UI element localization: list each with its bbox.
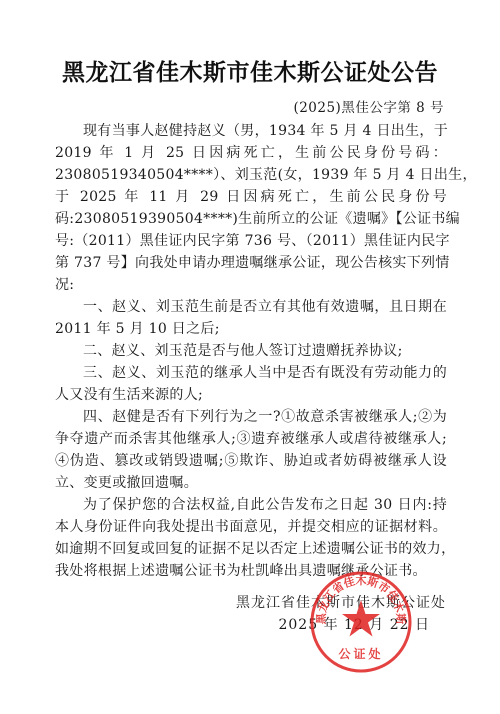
body-line: 立、变更或撤回遗嘱。 — [55, 472, 447, 494]
body-line: 2011 年 5 月 10 日之后; — [55, 318, 447, 340]
body-line: 争夺遗产而杀害其他继承人;③遗弃被继承人或虐待被继承人; — [55, 428, 447, 450]
body-line: 号:（2011）黑佳证内民字第 736 号、（2011）黑佳证内民字 — [55, 230, 447, 252]
body-line: 于 2025 年 11 月 29 日因病死亡，生前公民身份号 — [55, 186, 447, 208]
body-line: 四、赵健是否有下列行为之一?①故意杀害被继承人;②为 — [55, 406, 447, 428]
body-line: 人又没有生活来源的人; — [55, 384, 447, 406]
body-line: 如逾期不回复或回复的证据不足以否定上述遗嘱公证书的效力， — [55, 538, 447, 560]
body-line: 现有当事人赵健持赵义（男，1934 年 5 月 4 日出生，于 — [55, 120, 447, 142]
body-line: 况: — [55, 274, 447, 296]
issue-date: 2025 年 12 月 22 日 — [278, 614, 430, 634]
body-line: 23080519340504****）、刘玉范(女，1939 年 5 月 4 日… — [55, 164, 447, 186]
body-line: 2019 年 1 月 25 日因病死亡，生前公民身份号码： — [55, 142, 447, 164]
body-line: 第 737 号】向我处申请办理遗嘱继承公证，现公告核实下列情 — [55, 252, 447, 274]
issuer-signature: 黑龙江省佳木斯市佳木斯公证处 — [236, 592, 446, 612]
document-number: (2025)黑佳公字第 8 号 — [293, 96, 444, 116]
body-line: 一、赵义、刘玉范生前是否立有其他有效遗嘱，且日期在 — [55, 296, 447, 318]
body-line: 二、赵义、刘玉范是否与他人签订过遗赠抚养协议; — [55, 340, 447, 362]
seal-bottom-text: 公证处 — [338, 646, 383, 661]
body-line: ④伪造、篡改或销毁遗嘱;⑤欺诈、胁迫或者妨碍被继承人设 — [55, 450, 447, 472]
body-line: 本人身份证件向我处提出书面意见，并提交相应的证据材料。 — [55, 516, 447, 538]
body-line: 码:23080519390504****)生前所立的公证《遗嘱》【公证书编 — [55, 208, 447, 230]
page-title: 黑龙江省佳木斯市佳木斯公证处公告 — [0, 54, 500, 87]
body-line: 为了保护您的合法权益,自此公告发布之日起 30 日内:持 — [55, 494, 447, 516]
body-line: 三、赵义、刘玉范的继承人当中是否有既没有劳动能力的 — [55, 362, 447, 384]
body-line: 我处将根据上述遗嘱公证书为杜凯峰出具遗嘱继承公证书。 — [55, 560, 447, 582]
announcement-body: 现有当事人赵健持赵义（男，1934 年 5 月 4 日出生，于2019 年 1 … — [55, 120, 447, 582]
